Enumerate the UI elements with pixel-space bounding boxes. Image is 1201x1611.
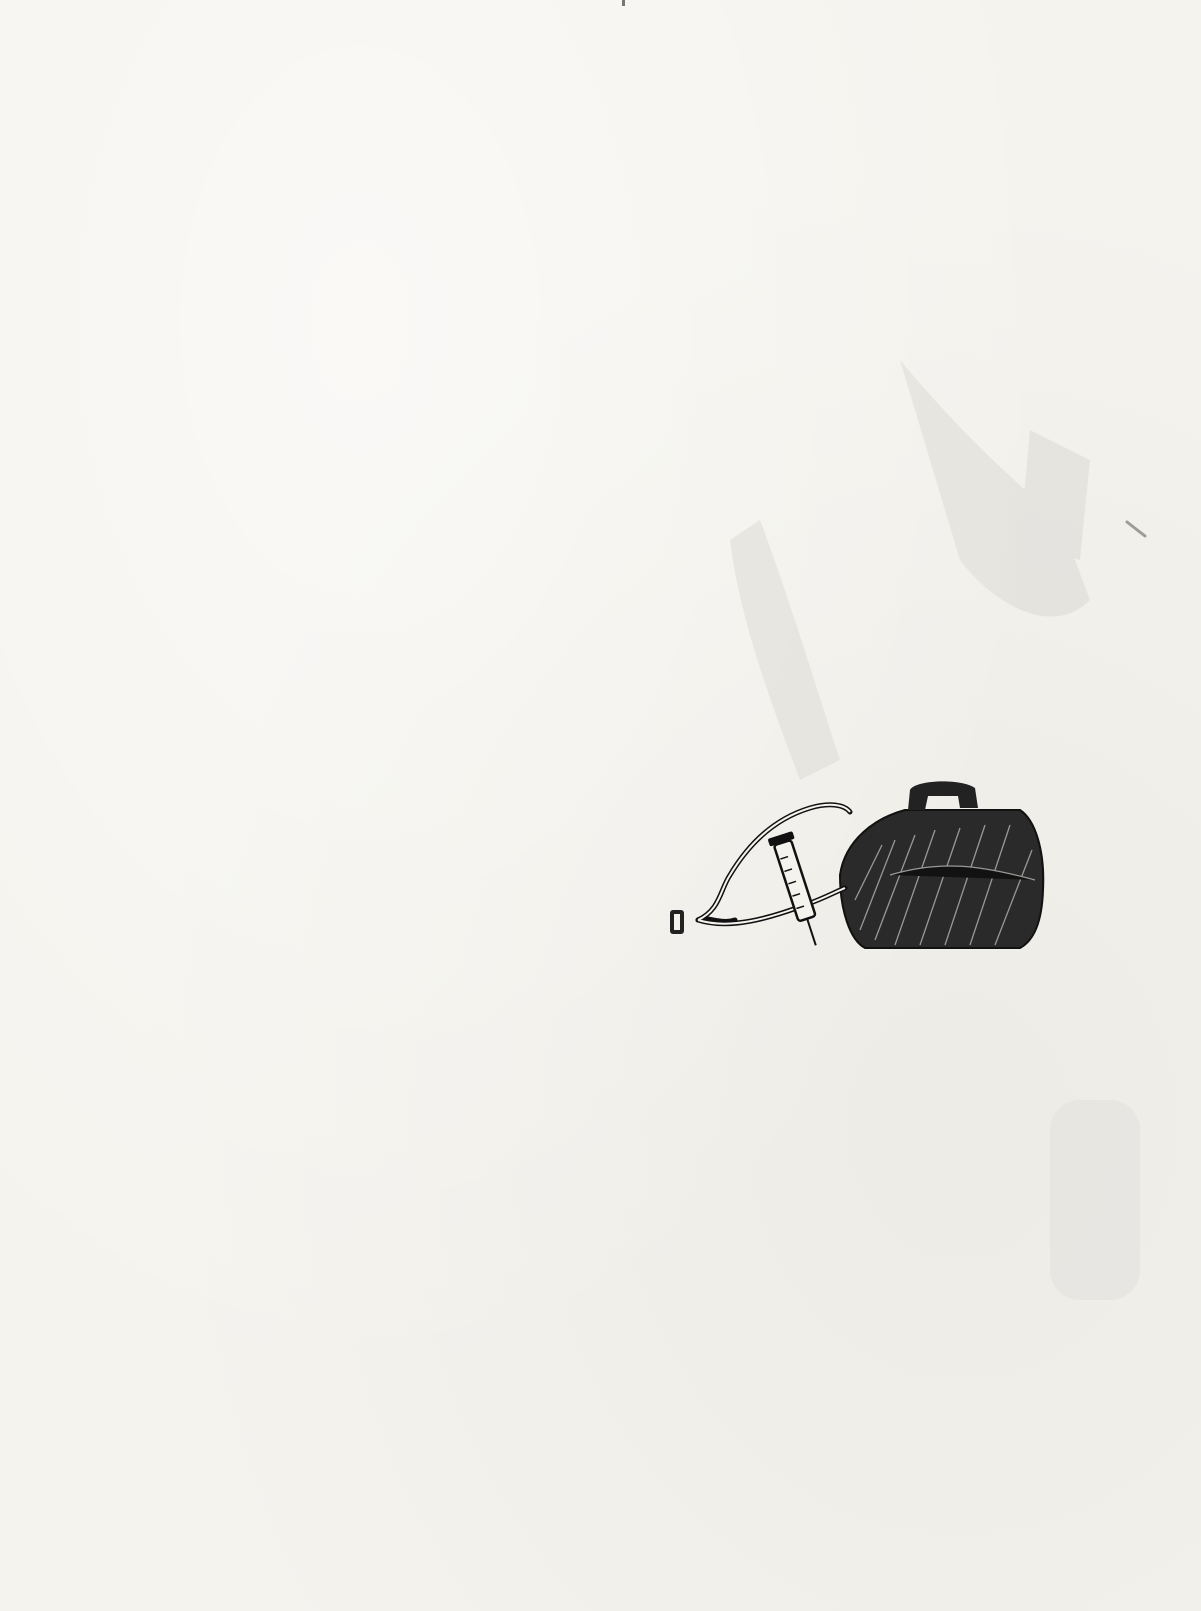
entry-body bbox=[222, 549, 263, 817]
stethoscope-icon bbox=[698, 805, 850, 924]
ink-smudge bbox=[1125, 520, 1147, 538]
scan-mark bbox=[622, 0, 625, 6]
doctors-bag-icon bbox=[840, 781, 1043, 948]
entry-code-prefix bbox=[92, 598, 148, 622]
directory-entry-cx910 bbox=[92, 549, 112, 622]
entry-code-number bbox=[92, 671, 148, 695]
address-line bbox=[222, 671, 263, 695]
entry-note bbox=[222, 744, 263, 768]
doctors-bag-stethoscope-syringe-illustration bbox=[660, 780, 1060, 960]
syringe-icon bbox=[768, 831, 829, 949]
entry-code bbox=[92, 549, 148, 744]
